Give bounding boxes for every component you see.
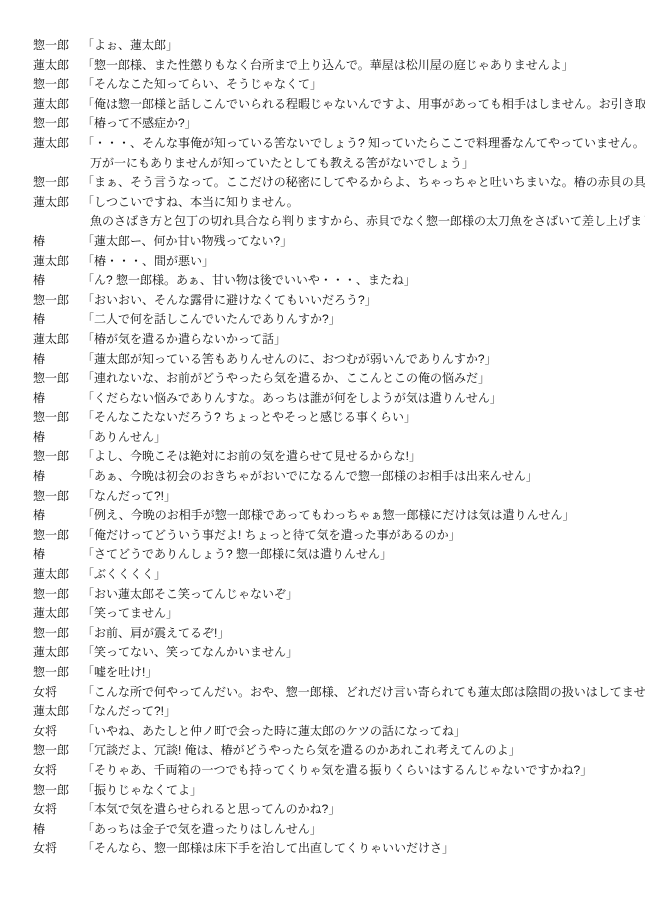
dialogue-text: 「こんな所で何やってんだい。おや、惣一郎様、どれだけ言い寄られても蓮太郎は陰間の… — [82, 683, 639, 703]
speaker-name: 蓮太郎 — [33, 604, 82, 624]
speaker-name: 蓮太郎 — [33, 252, 82, 272]
dialogue-line: 「椿って不感症か?」 — [82, 114, 639, 134]
dialogue-entry: 惣一郎 「お前、肩が震えてるぞ!」 — [33, 624, 639, 644]
dialogue-line: 「連れないな、お前がどうやったら気を遣るか、ここんとこの俺の悩みだ」 — [82, 369, 639, 389]
dialogue-entry: 椿 「ありんせん」 — [33, 428, 639, 448]
dialogue-entry: 椿 「あっちは金子で気を遣ったりはしんせん」 — [33, 820, 639, 840]
dialogue-line: 「そんなこた知ってらい、そうじゃなくて」 — [82, 75, 639, 95]
dialogue-text: 「そりゃあ、千両箱の一つでも持ってくりゃ気を遣る振りくらいはするんじゃないですか… — [82, 761, 639, 781]
speaker-name: 椿 — [33, 271, 82, 291]
dialogue-line: 「おいおい、そんな露骨に避けなくてもいいだろう?」 — [82, 291, 639, 311]
dialogue-line: 「なんだって?!」 — [82, 487, 639, 507]
dialogue-text: 「嘘を吐け!」 — [82, 663, 639, 683]
dialogue-text: 「まぁ、そう言うなって。ここだけの秘密にしてやるからよ、ちゃっちゃと吐いちまいな… — [82, 173, 639, 193]
dialogue-transcript: 惣一郎 「よぉ、蓮太郎」 蓮太郎 「惣一郎様、また性懲りもなく台所まで上り込んで… — [33, 36, 639, 859]
dialogue-entry: 椿 「くだらない悩みでありんすな。あっちは誰が何をしようが気は遣りんせん」 — [33, 389, 639, 409]
dialogue-line: 「よし、今晩こそは絶対にお前の気を遣らせて見せるからな!」 — [82, 447, 639, 467]
dialogue-text: 「そんなこた知ってらい、そうじゃなくて」 — [82, 75, 639, 95]
speaker-name: 女将 — [33, 761, 82, 781]
dialogue-text: 「冗談だよ、冗談! 俺は、椿がどうやったら気を遣るのかあれこれ考えてんのよ」 — [82, 741, 639, 761]
speaker-name: 蓮太郎 — [33, 95, 82, 115]
dialogue-entry: 惣一郎 「冗談だよ、冗談! 俺は、椿がどうやったら気を遣るのかあれこれ考えてんの… — [33, 741, 639, 761]
dialogue-text: 「おいおい、そんな露骨に避けなくてもいいだろう?」 — [82, 291, 639, 311]
speaker-name: 惣一郎 — [33, 36, 82, 56]
dialogue-line: 「ん? 惣一郎様。あぁ、甘い物は後でいいや・・・、またね」 — [82, 271, 639, 291]
dialogue-entry: 椿 「あぁ、今晩は初会のおきちゃがおいでになるんで惣一郎様のお相手は出来んせん」 — [33, 467, 639, 487]
dialogue-entry: 女将 「そりゃあ、千両箱の一つでも持ってくりゃ気を遣る振りくらいはするんじゃない… — [33, 761, 639, 781]
dialogue-entry: 蓮太郎 「なんだって?!」 — [33, 702, 639, 722]
dialogue-text: 「蓮太郎ー、何か甘い物残ってない?」 — [82, 232, 639, 252]
dialogue-text: 「椿が気を遣るか遣らないかって話」 — [82, 330, 639, 350]
dialogue-line: 「こんな所で何やってんだい。おや、惣一郎様、どれだけ言い寄られても蓮太郎は陰間の… — [82, 683, 639, 703]
speaker-name: 惣一郎 — [33, 408, 82, 428]
speaker-name: 蓮太郎 — [33, 643, 82, 663]
dialogue-text: 「二人で何を話しこんでいたんでありんすか?」 — [82, 310, 639, 330]
dialogue-line: 「例え、今晩のお相手が惣一郎様であってもわっちゃぁ惣一郎様にだけは気は遣りんせん… — [82, 506, 639, 526]
dialogue-line: 「ありんせん」 — [82, 428, 639, 448]
dialogue-entry: 蓮太郎 「ぶくくくく」 — [33, 565, 639, 585]
speaker-name: 惣一郎 — [33, 75, 82, 95]
dialogue-entry: 蓮太郎 「俺は惣一郎様と話しこんでいられる程暇じゃないんですよ、用事があっても相… — [33, 95, 639, 115]
speaker-name: 椿 — [33, 428, 82, 448]
speaker-name: 女将 — [33, 722, 82, 742]
dialogue-text: 「俺は惣一郎様と話しこんでいられる程暇じゃないんですよ、用事があっても相手はしま… — [82, 95, 639, 115]
dialogue-text: 「俺だけってどういう事だよ! ちょっと待て気を遣った事があるのか」 — [82, 526, 639, 546]
dialogue-text: 「いやね、あたしと仲ノ町で会った時に蓮太郎のケツの話になってね」 — [82, 722, 639, 742]
speaker-name: 椿 — [33, 820, 82, 840]
dialogue-line: 「俺は惣一郎様と話しこんでいられる程暇じゃないんですよ、用事があっても相手はしま… — [82, 95, 639, 115]
dialogue-text: 「よぉ、蓮太郎」 — [82, 36, 639, 56]
dialogue-text: 「おい蓮太郎そこ笑ってんじゃないぞ」 — [82, 585, 639, 605]
dialogue-line: 「そんなら、惣一郎様は床下手を治して出直してくりゃいいだけさ」 — [82, 839, 639, 859]
dialogue-line: 「あぁ、今晩は初会のおきちゃがおいでになるんで惣一郎様のお相手は出来んせん」 — [82, 467, 639, 487]
dialogue-line: 「くだらない悩みでありんすな。あっちは誰が何をしようが気は遣りんせん」 — [82, 389, 639, 409]
speaker-name: 蓮太郎 — [33, 56, 82, 76]
speaker-name: 惣一郎 — [33, 487, 82, 507]
dialogue-entry: 惣一郎 「連れないな、お前がどうやったら気を遣るか、ここんとこの俺の悩みだ」 — [33, 369, 639, 389]
dialogue-entry: 惣一郎 「よし、今晩こそは絶対にお前の気を遣らせて見せるからな!」 — [33, 447, 639, 467]
dialogue-text: 「そんなら、惣一郎様は床下手を治して出直してくりゃいいだけさ」 — [82, 839, 639, 859]
dialogue-entry: 女将 「本気で気を遣らせられると思ってんのかね?」 — [33, 800, 639, 820]
dialogue-text: 「笑ってない、笑ってなんかいません」 — [82, 643, 639, 663]
dialogue-text: 「あぁ、今晩は初会のおきちゃがおいでになるんで惣一郎様のお相手は出来んせん」 — [82, 467, 639, 487]
speaker-name: 惣一郎 — [33, 781, 82, 801]
dialogue-line: 「笑ってません」 — [82, 604, 639, 624]
speaker-name: 惣一郎 — [33, 173, 82, 193]
dialogue-text: 「なんだって?!」 — [82, 702, 639, 722]
dialogue-line: 「そんなこたないだろう? ちょっとやそっと感じる事くらい」 — [82, 408, 639, 428]
dialogue-entry: 惣一郎 「俺だけってどういう事だよ! ちょっと待て気を遣った事があるのか」 — [33, 526, 639, 546]
dialogue-entry: 蓮太郎 「椿・・・、間が悪い」 — [33, 252, 639, 272]
dialogue-text: 「本気で気を遣らせられると思ってんのかね?」 — [82, 800, 639, 820]
dialogue-text: 「くだらない悩みでありんすな。あっちは誰が何をしようが気は遣りんせん」 — [82, 389, 639, 409]
dialogue-entry: 女将 「そんなら、惣一郎様は床下手を治して出直してくりゃいいだけさ」 — [33, 839, 639, 859]
dialogue-line: 「蓮太郎が知っている筈もありんせんのに、おつむが弱いんでありんすか?」 — [82, 350, 639, 370]
dialogue-line: 「よぉ、蓮太郎」 — [82, 36, 639, 56]
speaker-name: 惣一郎 — [33, 114, 82, 134]
dialogue-entry: 椿 「蓮太郎ー、何か甘い物残ってない?」 — [33, 232, 639, 252]
dialogue-entry: 椿 「蓮太郎が知っている筈もありんせんのに、おつむが弱いんでありんすか?」 — [33, 350, 639, 370]
speaker-name: 惣一郎 — [33, 291, 82, 311]
dialogue-line-continuation: 万が一にもありませんが知っていたとしても教える筈がないでしょう」 — [82, 154, 639, 174]
dialogue-text: 「笑ってません」 — [82, 604, 639, 624]
dialogue-text: 「振りじゃなくてよ」 — [82, 781, 639, 801]
dialogue-line: 「なんだって?!」 — [82, 702, 639, 722]
dialogue-entry: 惣一郎 「おいおい、そんな露骨に避けなくてもいいだろう?」 — [33, 291, 639, 311]
dialogue-entry: 女将 「こんな所で何やってんだい。おや、惣一郎様、どれだけ言い寄られても蓮太郎は… — [33, 683, 639, 703]
dialogue-line: 「いやね、あたしと仲ノ町で会った時に蓮太郎のケツの話になってね」 — [82, 722, 639, 742]
dialogue-text: 「なんだって?!」 — [82, 487, 639, 507]
dialogue-entry: 女将 「いやね、あたしと仲ノ町で会った時に蓮太郎のケツの話になってね」 — [33, 722, 639, 742]
dialogue-line: 「椿・・・、間が悪い」 — [82, 252, 639, 272]
speaker-name: 惣一郎 — [33, 585, 82, 605]
dialogue-text: 「しつこいですね、本当に知りません。魚のさばき方と包丁の切れ具合なら判りますから… — [82, 193, 639, 232]
speaker-name: 椿 — [33, 389, 82, 409]
dialogue-line: 「笑ってない、笑ってなんかいません」 — [82, 643, 639, 663]
speaker-name: 惣一郎 — [33, 741, 82, 761]
dialogue-text: 「例え、今晩のお相手が惣一郎様であってもわっちゃぁ惣一郎様にだけは気は遣りんせん… — [82, 506, 639, 526]
dialogue-text: 「椿って不感症か?」 — [82, 114, 639, 134]
dialogue-entry: 惣一郎 「嘘を吐け!」 — [33, 663, 639, 683]
dialogue-entry: 惣一郎 「そんなこた知ってらい、そうじゃなくて」 — [33, 75, 639, 95]
dialogue-line: 「二人で何を話しこんでいたんでありんすか?」 — [82, 310, 639, 330]
dialogue-entry: 蓮太郎 「・・・、そんな事俺が知っている筈ないでしょう? 知っていたらここで料理… — [33, 134, 639, 173]
speaker-name: 椿 — [33, 350, 82, 370]
dialogue-line: 「ぶくくくく」 — [82, 565, 639, 585]
dialogue-line: 「さてどうでありんしょう? 惣一郎様に気は遣りんせん」 — [82, 545, 639, 565]
dialogue-entry: 惣一郎 「なんだって?!」 — [33, 487, 639, 507]
speaker-name: 椿 — [33, 467, 82, 487]
speaker-name: 惣一郎 — [33, 369, 82, 389]
dialogue-line: 「あっちは金子で気を遣ったりはしんせん」 — [82, 820, 639, 840]
dialogue-line: 「惣一郎様、また性懲りもなく台所まで上り込んで。華屋は松川屋の庭じゃありませんよ… — [82, 56, 639, 76]
speaker-name: 惣一郎 — [33, 447, 82, 467]
dialogue-line: 「冗談だよ、冗談! 俺は、椿がどうやったら気を遣るのかあれこれ考えてんのよ」 — [82, 741, 639, 761]
speaker-name: 蓮太郎 — [33, 193, 82, 213]
dialogue-text: 「蓮太郎が知っている筈もありんせんのに、おつむが弱いんでありんすか?」 — [82, 350, 639, 370]
dialogue-text: 「そんなこたないだろう? ちょっとやそっと感じる事くらい」 — [82, 408, 639, 428]
speaker-name: 椿 — [33, 232, 82, 252]
dialogue-text: 「ぶくくくく」 — [82, 565, 639, 585]
dialogue-text: 「連れないな、お前がどうやったら気を遣るか、ここんとこの俺の悩みだ」 — [82, 369, 639, 389]
dialogue-line: 「しつこいですね、本当に知りません。 — [82, 193, 639, 213]
dialogue-entry: 蓮太郎 「しつこいですね、本当に知りません。魚のさばき方と包丁の切れ具合なら判り… — [33, 193, 639, 232]
dialogue-entry: 蓮太郎 「椿が気を遣るか遣らないかって話」 — [33, 330, 639, 350]
dialogue-entry: 惣一郎 「椿って不感症か?」 — [33, 114, 639, 134]
dialogue-text: 「ん? 惣一郎様。あぁ、甘い物は後でいいや・・・、またね」 — [82, 271, 639, 291]
dialogue-line: 「そりゃあ、千両箱の一つでも持ってくりゃ気を遣る振りくらいはするんじゃないですか… — [82, 761, 639, 781]
dialogue-entry: 椿 「二人で何を話しこんでいたんでありんすか?」 — [33, 310, 639, 330]
dialogue-text: 「さてどうでありんしょう? 惣一郎様に気は遣りんせん」 — [82, 545, 639, 565]
speaker-name: 蓮太郎 — [33, 565, 82, 585]
dialogue-entry: 蓮太郎 「笑ってません」 — [33, 604, 639, 624]
dialogue-line: 「本気で気を遣らせられると思ってんのかね?」 — [82, 800, 639, 820]
dialogue-text: 「お前、肩が震えてるぞ!」 — [82, 624, 639, 644]
speaker-name: 椿 — [33, 506, 82, 526]
script-document-page: 惣一郎 「よぉ、蓮太郎」 蓮太郎 「惣一郎様、また性懲りもなく台所まで上り込んで… — [0, 0, 645, 913]
dialogue-text: 「あっちは金子で気を遣ったりはしんせん」 — [82, 820, 639, 840]
speaker-name: 女将 — [33, 839, 82, 859]
dialogue-text: 「惣一郎様、また性懲りもなく台所まで上り込んで。華屋は松川屋の庭じゃありませんよ… — [82, 56, 639, 76]
speaker-name: 女将 — [33, 683, 82, 703]
dialogue-entry: 惣一郎 「よぉ、蓮太郎」 — [33, 36, 639, 56]
dialogue-entry: 椿 「さてどうでありんしょう? 惣一郎様に気は遣りんせん」 — [33, 545, 639, 565]
speaker-name: 女将 — [33, 800, 82, 820]
dialogue-line: 「・・・、そんな事俺が知っている筈ないでしょう? 知っていたらここで料理番なんて… — [82, 134, 639, 154]
dialogue-entry: 蓮太郎 「笑ってない、笑ってなんかいません」 — [33, 643, 639, 663]
dialogue-line: 「おい蓮太郎そこ笑ってんじゃないぞ」 — [82, 585, 639, 605]
dialogue-line: 「まぁ、そう言うなって。ここだけの秘密にしてやるからよ、ちゃっちゃと吐いちまいな… — [82, 173, 639, 193]
dialogue-text: 「ありんせん」 — [82, 428, 639, 448]
speaker-name: 蓮太郎 — [33, 134, 82, 154]
speaker-name: 蓮太郎 — [33, 330, 82, 350]
dialogue-entry: 惣一郎 「そんなこたないだろう? ちょっとやそっと感じる事くらい」 — [33, 408, 639, 428]
speaker-name: 惣一郎 — [33, 624, 82, 644]
dialogue-entry: 蓮太郎 「惣一郎様、また性懲りもなく台所まで上り込んで。華屋は松川屋の庭じゃあり… — [33, 56, 639, 76]
dialogue-line: 「椿が気を遣るか遣らないかって話」 — [82, 330, 639, 350]
dialogue-text: 「よし、今晩こそは絶対にお前の気を遣らせて見せるからな!」 — [82, 447, 639, 467]
dialogue-text: 「椿・・・、間が悪い」 — [82, 252, 639, 272]
dialogue-text: 「・・・、そんな事俺が知っている筈ないでしょう? 知っていたらここで料理番なんて… — [82, 134, 639, 173]
speaker-name: 蓮太郎 — [33, 702, 82, 722]
dialogue-line-continuation: 魚のさばき方と包丁の切れ具合なら判りますから、赤貝でなく惣一郎様の太刀魚をさばい… — [82, 212, 639, 232]
dialogue-line: 「嘘を吐け!」 — [82, 663, 639, 683]
dialogue-entry: 惣一郎 「まぁ、そう言うなって。ここだけの秘密にしてやるからよ、ちゃっちゃと吐い… — [33, 173, 639, 193]
speaker-name: 椿 — [33, 545, 82, 565]
dialogue-line: 「蓮太郎ー、何か甘い物残ってない?」 — [82, 232, 639, 252]
dialogue-line: 「振りじゃなくてよ」 — [82, 781, 639, 801]
speaker-name: 椿 — [33, 310, 82, 330]
dialogue-line: 「お前、肩が震えてるぞ!」 — [82, 624, 639, 644]
speaker-name: 惣一郎 — [33, 526, 82, 546]
dialogue-line: 「俺だけってどういう事だよ! ちょっと待て気を遣った事があるのか」 — [82, 526, 639, 546]
dialogue-entry: 椿 「ん? 惣一郎様。あぁ、甘い物は後でいいや・・・、またね」 — [33, 271, 639, 291]
dialogue-entry: 惣一郎 「おい蓮太郎そこ笑ってんじゃないぞ」 — [33, 585, 639, 605]
dialogue-entry: 惣一郎 「振りじゃなくてよ」 — [33, 781, 639, 801]
speaker-name: 惣一郎 — [33, 663, 82, 683]
dialogue-entry: 椿 「例え、今晩のお相手が惣一郎様であってもわっちゃぁ惣一郎様にだけは気は遣りん… — [33, 506, 639, 526]
